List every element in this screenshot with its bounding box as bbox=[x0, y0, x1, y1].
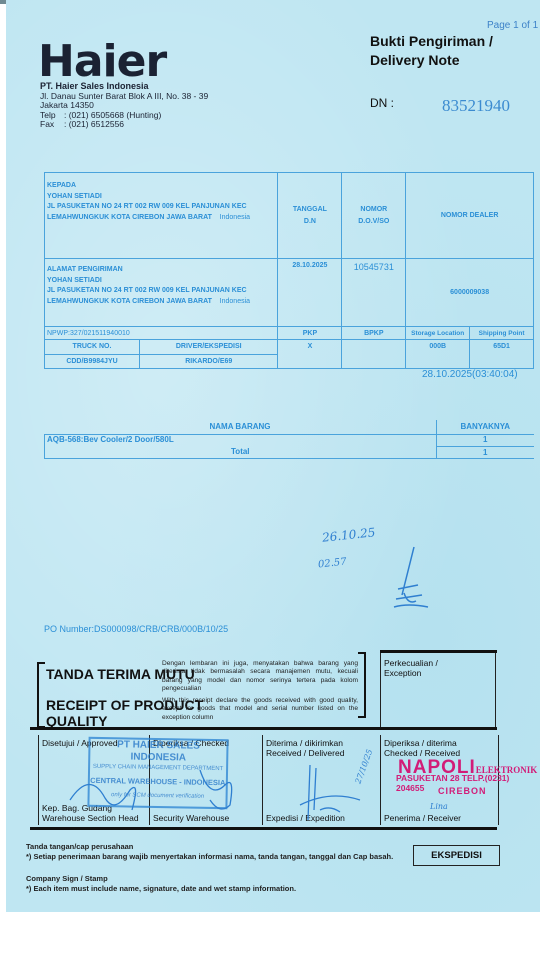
section-rule-bottom bbox=[30, 827, 497, 830]
dealer-value: 6000009038 bbox=[406, 259, 534, 327]
shipping-label: ALAMAT PENGIRIMAN bbox=[47, 265, 275, 276]
exception-label-2: Exception bbox=[384, 668, 495, 678]
footer-en-note: *) Each item must include name, signatur… bbox=[26, 884, 296, 894]
footer-id-note: *) Setiap penerimaan barang wajib menyer… bbox=[26, 852, 393, 862]
company-name: PT. Haier Sales Indonesia bbox=[40, 81, 149, 91]
received-label-1: Diterima / dikirimkan bbox=[266, 738, 378, 748]
haier-logo: Haier bbox=[38, 40, 166, 84]
signature-scribble bbox=[388, 545, 438, 615]
fax: : (021) 6512556 bbox=[64, 119, 124, 129]
tanggal-header-line1: TANGGAL bbox=[280, 206, 339, 213]
recipient-country: Indonesia bbox=[220, 214, 250, 221]
print-timestamp: 28.10.2025(03:40:04) bbox=[422, 369, 518, 380]
bracket-left bbox=[37, 662, 45, 728]
nomor-header: NOMORD.O.V/SO bbox=[342, 173, 406, 259]
items-table: NAMA BARANG BANYAKNYA AQB-568:Bev Cooler… bbox=[44, 420, 534, 459]
exception-box[interactable]: Perkecualian / Exception bbox=[380, 653, 496, 727]
bpkp-label: BPKP bbox=[342, 327, 406, 340]
driver-label: DRIVER/EKSPEDISI bbox=[140, 340, 278, 354]
receiver-by: Penerima / Receiver bbox=[384, 813, 461, 823]
copy-label-box: EKSPEDISI bbox=[413, 845, 500, 866]
nomor-header-line1: NOMOR bbox=[344, 206, 403, 213]
page-indicator: Page 1 of 1 bbox=[487, 20, 538, 31]
storage-label: Storage Location bbox=[406, 327, 470, 340]
expedition-signature bbox=[280, 760, 370, 825]
received-label-2: Received / Delivered bbox=[266, 748, 378, 758]
recipient-cell: KEPADA YOHAN SETIADI JL PASUKETAN NO 24 … bbox=[45, 173, 278, 259]
company-info: PT. Haier Sales Indonesia Jl. Danau Sunt… bbox=[40, 82, 208, 130]
recipient-address-2: LEMAHWUNGKUK KOTA CIREBON JAWA BARAT bbox=[47, 214, 212, 221]
recipient-address-1: JL PASUKETAN NO 24 RT 002 RW 009 KEL PAN… bbox=[47, 202, 275, 213]
storage-value: 000B bbox=[406, 340, 470, 369]
receiver-handwritten-name: Lina bbox=[430, 802, 448, 811]
item-name: AQB-568:Bev Cooler/2 Door/580L bbox=[45, 434, 437, 446]
item-qty: 1 bbox=[436, 434, 534, 446]
pkp-label: PKP bbox=[278, 327, 342, 340]
tanggal-header-line2: D.N bbox=[280, 218, 339, 225]
recipient-label: KEPADA bbox=[47, 181, 275, 192]
tanggal-header: TANGGALD.N bbox=[278, 173, 342, 259]
shipping-cell: ALAMAT PENGIRIMAN YOHAN SETIADI JL PASUK… bbox=[45, 259, 278, 327]
shipping-address-1: JL PASUKETAN NO 24 RT 002 RW 009 KEL PAN… bbox=[47, 286, 275, 297]
col-quantity: BANYAKNYA bbox=[436, 420, 534, 434]
nomor-do-value: 10545731 bbox=[342, 259, 406, 327]
footer-en: Company Sign / Stamp *) Each item must i… bbox=[26, 874, 296, 894]
bracket-right bbox=[358, 652, 366, 718]
quality-text-id: Dengan lembaran ini juga, menyatakan bah… bbox=[162, 660, 358, 693]
total-label: Total bbox=[45, 446, 437, 458]
phone: : (021) 6505668 (Hunting) bbox=[64, 110, 161, 120]
title-line-1: Bukti Pengiriman / bbox=[370, 32, 493, 51]
receiver-label-1: Diperiksa / diterima bbox=[384, 738, 495, 748]
item-row: AQB-568:Bev Cooler/2 Door/580L 1 bbox=[45, 434, 535, 446]
bpkp-value bbox=[342, 340, 406, 369]
fax-label: Fax bbox=[40, 120, 64, 130]
truck-label: TRUCK NO. bbox=[45, 340, 140, 354]
shipping-point-value: 65D1 bbox=[470, 340, 534, 369]
footer-id-title: Tanda tangan/cap perusahaan bbox=[26, 842, 393, 852]
section-rule-top bbox=[30, 727, 497, 730]
title-line-2: Delivery Note bbox=[370, 51, 493, 70]
dn-label: DN : bbox=[370, 96, 394, 110]
truck-driver-cell: TRUCK NO.DRIVER/EKSPEDISI CDD/B9984JYURI… bbox=[45, 340, 278, 369]
approver-signatures bbox=[60, 760, 260, 820]
napoli-stamp-city: CIREBON bbox=[438, 786, 487, 796]
shipping-name: YOHAN SETIADI bbox=[47, 276, 275, 287]
pkp-value: X bbox=[278, 340, 342, 369]
header-table: KEPADA YOHAN SETIADI JL PASUKETAN NO 24 … bbox=[44, 172, 534, 369]
quality-text-en: With this receipt declare the goods rece… bbox=[162, 697, 358, 722]
nomor-header-line2: D.O.V/SO bbox=[344, 218, 403, 225]
dn-number: 83521940 bbox=[442, 96, 510, 116]
driver-value: RIKARDO/E69 bbox=[140, 354, 278, 368]
total-qty: 1 bbox=[436, 446, 534, 458]
recipient-name: YOHAN SETIADI bbox=[47, 192, 275, 203]
exception-label-1: Perkecualian / bbox=[384, 658, 495, 668]
po-number: PO Number:DS000098/CRB/CRB/000B/10/25 bbox=[44, 624, 228, 634]
footer-id: Tanda tangan/cap perusahaan *) Setiap pe… bbox=[26, 842, 393, 862]
shipping-country: Indonesia bbox=[220, 298, 250, 305]
document-title: Bukti Pengiriman / Delivery Note bbox=[370, 32, 493, 70]
col-item-name: NAMA BARANG bbox=[45, 420, 437, 434]
truck-value: CDD/B9984JYU bbox=[45, 354, 140, 368]
footer-en-title: Company Sign / Stamp bbox=[26, 874, 296, 884]
tanggal-value: 28.10.2025 bbox=[278, 259, 342, 327]
npwp: NPWP:327/021511940010 bbox=[45, 327, 278, 340]
shipping-point-label: Shipping Point bbox=[470, 327, 534, 340]
dealer-header: NOMOR DEALER bbox=[406, 173, 534, 259]
shipping-address-2: LEMAHWUNGKUK KOTA CIREBON JAWA BARAT bbox=[47, 298, 212, 305]
